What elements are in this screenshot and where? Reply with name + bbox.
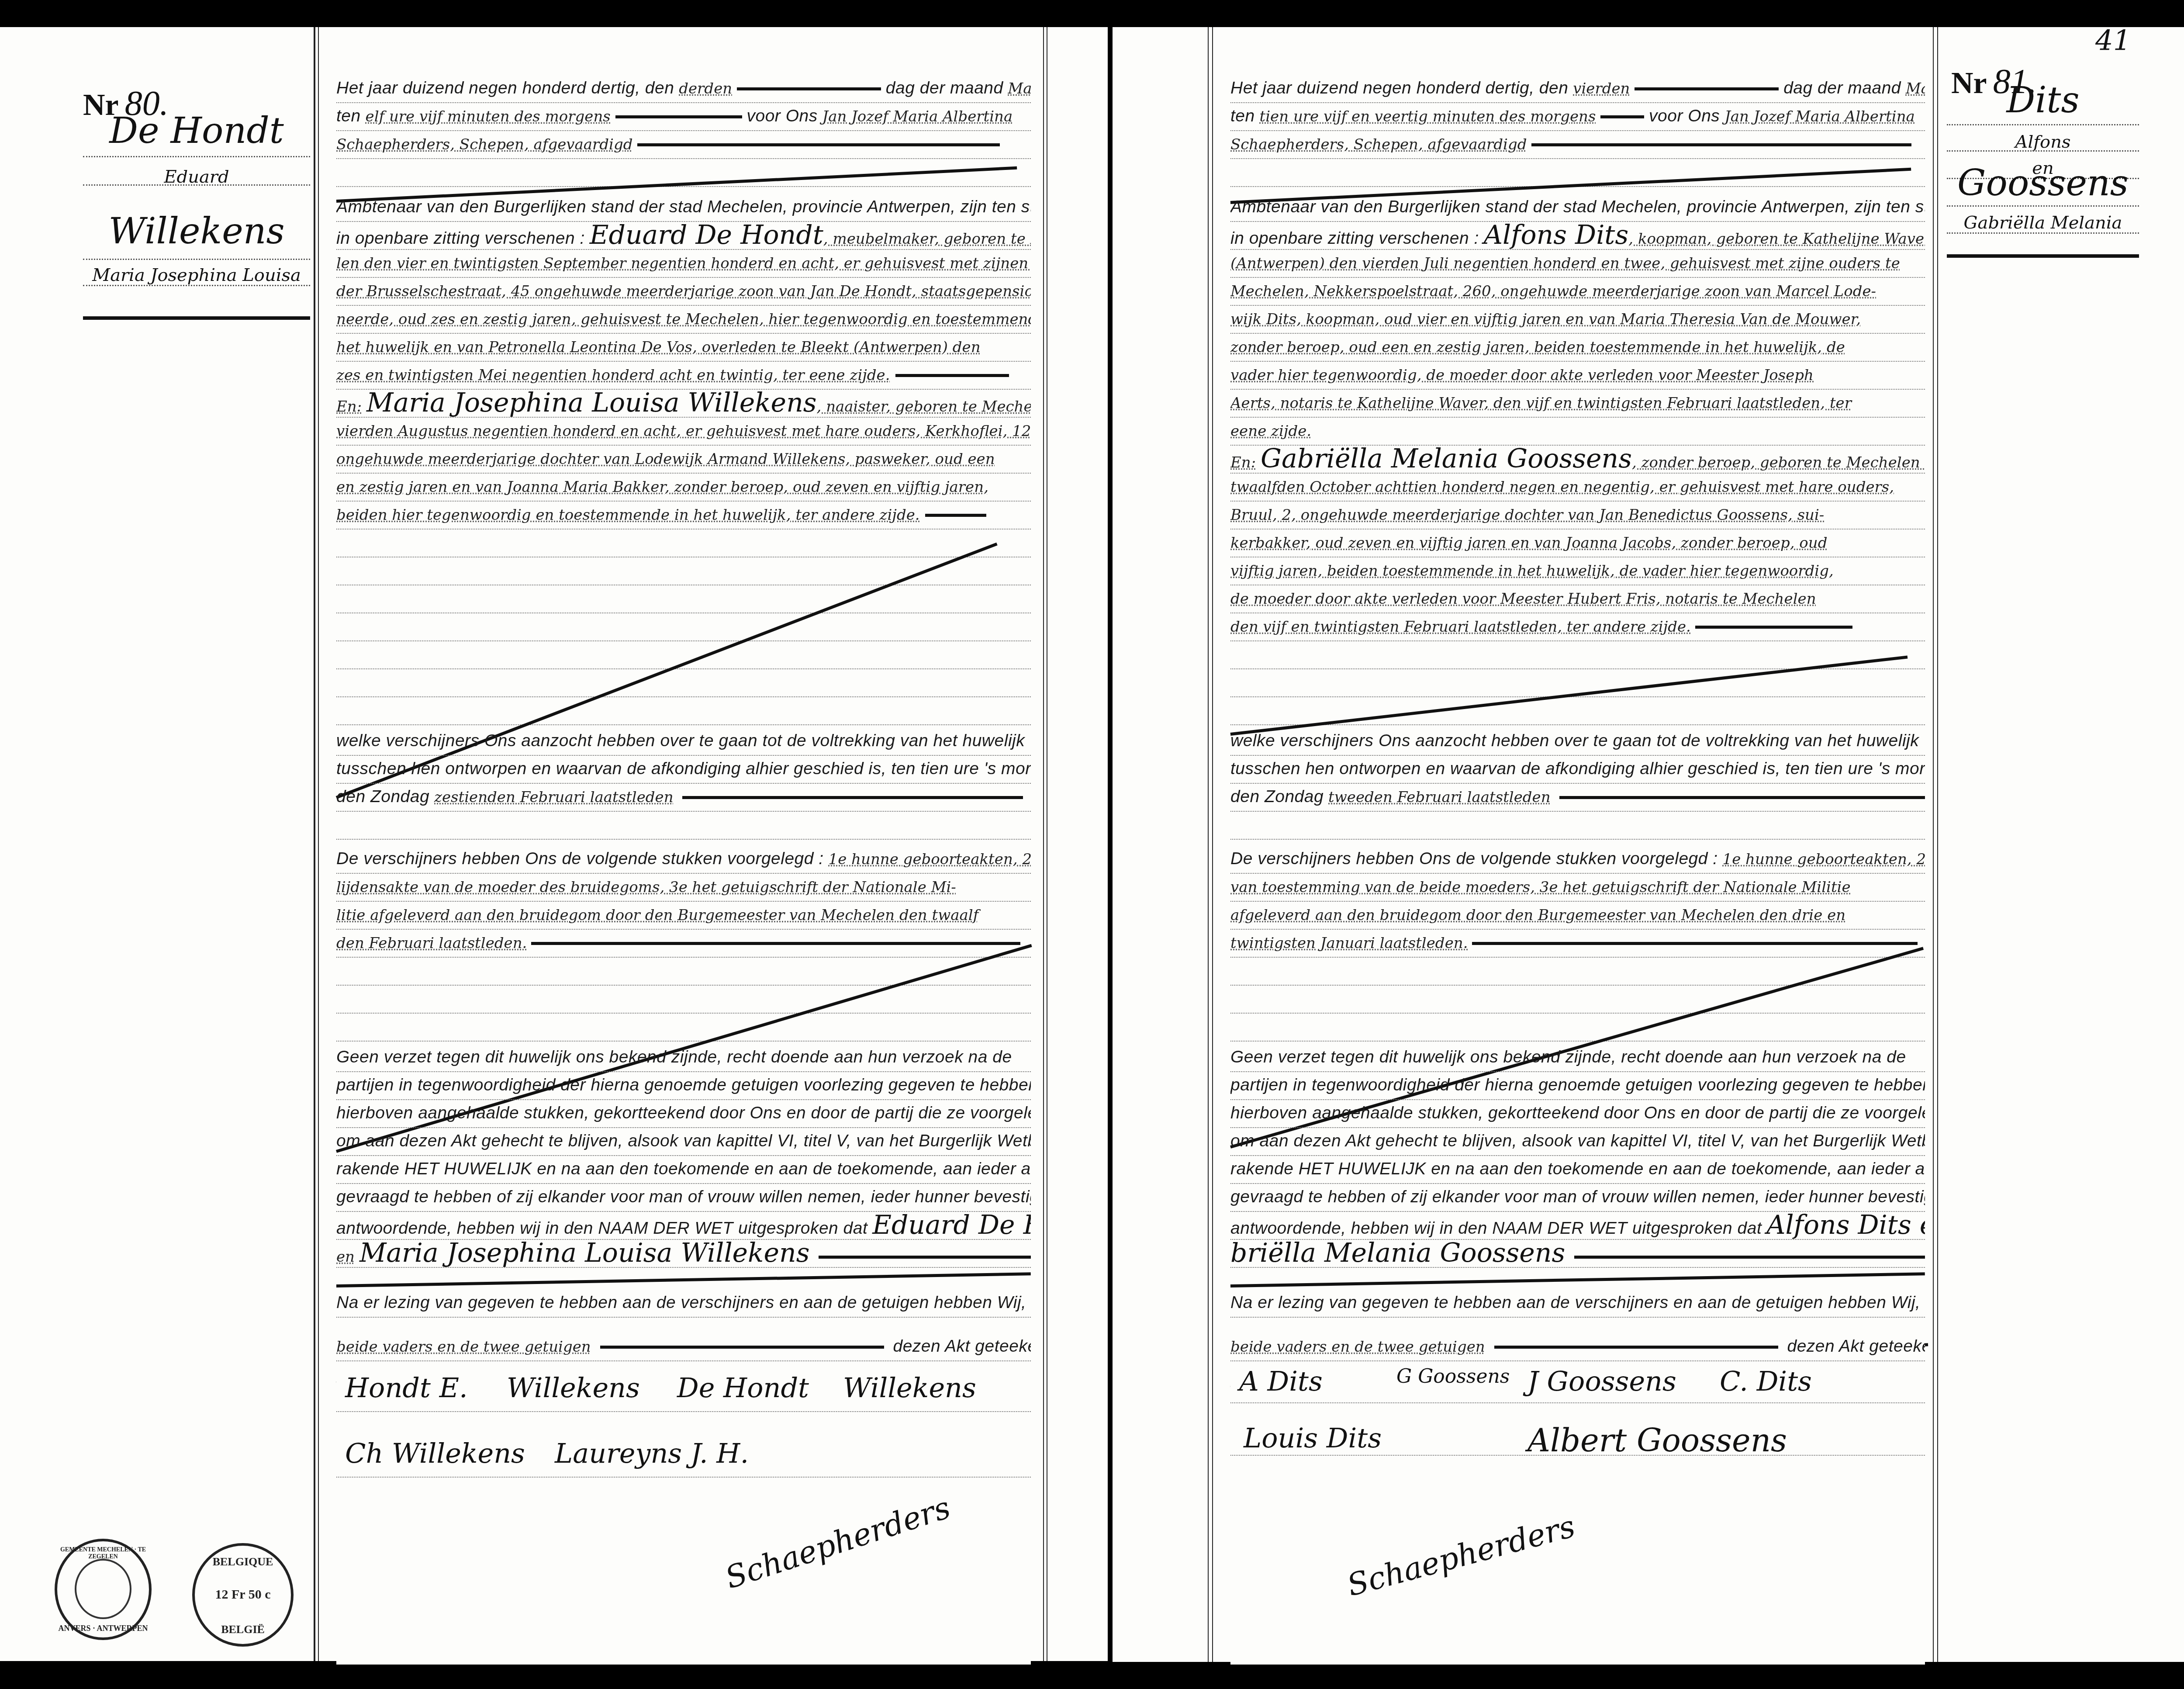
blank-line (1230, 957, 1925, 986)
publication-date: zestienden Februari laatstleden (434, 789, 674, 806)
handwritten-line: twaalfden October achttien honderd negen… (1230, 473, 1925, 502)
bride-name: Maria Josephina Louisa Willekens (366, 389, 817, 418)
declaration-bride-line: briëlla Melania Goossens (1230, 1239, 1925, 1268)
printed-text: Ambtenaar van den Burgerlijken stand der… (336, 197, 1031, 216)
declaration-line: gevraagd te hebben of zij elkander voor … (1230, 1183, 1925, 1212)
signature: De Hondt (677, 1372, 809, 1404)
margin-line (1947, 150, 2139, 152)
blank-line (336, 1013, 1031, 1042)
handwritten-line: den vijf en twintigsten Februari laatstl… (1230, 613, 1925, 641)
header-date-line: Het jaar duizend negen honderd dertig, d… (336, 74, 1031, 103)
handwritten-time: elf ure vijf minuten des morgens (366, 108, 611, 125)
signing-line: beide vaders en de twee getuigen dezen A… (1230, 1333, 1925, 1361)
blank-line (336, 613, 1031, 641)
handwritten-line: neerde, oud zes en zestig jaren, gehuisv… (336, 305, 1031, 334)
publication-line: tusschen hen ontworpen en waarvan de afk… (1230, 755, 1925, 784)
signature: C. Dits (1720, 1365, 1812, 1397)
printed-text: dag der maand (886, 79, 1003, 97)
margin-line (1947, 124, 2139, 125)
signature: Albert Goossens (1527, 1422, 1787, 1459)
signing-line: beide vaders en de twee getuigen dezen A… (336, 1333, 1031, 1361)
groom-surname: Dits (1947, 80, 2139, 121)
publication-line: welke verschijners Ons aanzocht hebben o… (1230, 727, 1925, 756)
header-official-line: Schaepherders, Schepen, afgevaardigd (1230, 130, 1925, 159)
declaration-line: om aan dezen Akt gehecht te blijven, als… (336, 1127, 1031, 1156)
handwritten-line: (Antwerpen) den vierden Juli negentien h… (1230, 249, 1925, 278)
handwritten-line: afgeleverd aan den bruidegom door den Bu… (1230, 901, 1925, 930)
signature: Willekens (843, 1372, 976, 1404)
declaration-bride-line: en Maria Josephina Louisa Willekens (336, 1239, 1031, 1268)
handwritten-line: wijk Dits, koopman, oud vier en vijftig … (1230, 305, 1925, 334)
handwritten-line: len den vier en twintigsten September ne… (336, 249, 1031, 278)
bride-prefix: En: (336, 398, 362, 415)
left-signing-overlay: Na er lezing van gegeven te hebben aan d… (336, 1271, 1031, 1665)
handwritten-line: beiden hier tegenwoordig en toestemmende… (336, 501, 1031, 530)
header-date-line: Het jaar duizend negen honderd dertig, d… (1230, 74, 1925, 103)
header-time-line: ten elf ure vijf minuten des morgens voo… (336, 102, 1031, 131)
blank-line (1230, 1013, 1925, 1042)
handwritten-line: zes en twintigsten Mei negentien honderd… (336, 361, 1031, 390)
blank-line (336, 985, 1031, 1014)
belgium-fiscal-stamp: BELGIQUE 12 Fr 50 c BELGIË (192, 1543, 294, 1647)
declaration-line: Geen verzet tegen dit huwelijk ons beken… (1230, 1043, 1925, 1072)
blank-line (336, 696, 1031, 725)
groom-name: Alfons Dits (1484, 221, 1629, 250)
strike-line (1230, 1272, 1925, 1288)
bride-line: En: Maria Josephina Louisa Willekens, na… (336, 389, 1031, 418)
handwritten-line: der Brusselschestraat, 45 ongehuwde meer… (336, 277, 1031, 306)
groom-name: Eduard De Hondt (872, 1211, 1031, 1240)
blank-line (336, 668, 1031, 697)
printed-text: in openbare zitting verschenen : (336, 229, 585, 248)
margin-line (1947, 205, 2139, 207)
handwritten-text: , meubelmaker, geboren te Meche- (823, 230, 1031, 248)
signature-line (1230, 1402, 1925, 1403)
margin-line (83, 184, 310, 186)
handwritten-month: Maart (1906, 80, 1925, 97)
signature-line (336, 1411, 1031, 1412)
header-time-line: ten tien ure vijf en veertig minuten des… (1230, 102, 1925, 131)
official-signature: Schaepherders (721, 1489, 954, 1596)
handwritten-line: vierden Augustus negentien honderd en ac… (336, 417, 1031, 446)
signing-line: Na er lezing van gegeven te hebben aan d… (1230, 1289, 1925, 1318)
signature: A Dits (1239, 1365, 1323, 1397)
signature-line (336, 1477, 1031, 1478)
declaration-line: partijen in tegenwoordigheid der hierna … (336, 1071, 1031, 1100)
blank-line (1230, 811, 1925, 840)
handwritten-day: derden (679, 80, 732, 97)
handwritten-line: den Februari laatstleden. (336, 929, 1031, 958)
right-signing-overlay: Na er lezing van gegeven te hebben aan d… (1230, 1271, 1925, 1665)
documents-line: De verschijners hebben Ons de volgende s… (1230, 845, 1925, 874)
publication-date-line: den Zondag tweeden Februari laatstleden (1230, 783, 1925, 812)
page-number: 41 (2095, 25, 2131, 57)
handwritten-line: het huwelijk en van Petronella Leontina … (336, 333, 1031, 362)
page-edge-rule (1043, 27, 1044, 1661)
handwritten-line: ongehuwde meerderjarige dochter van Lode… (336, 445, 1031, 474)
strike-line (336, 1272, 1031, 1288)
column-divider (314, 27, 315, 1661)
groom-name: Alfons Dits en Ga- (1766, 1211, 1925, 1240)
signature: J Goossens (1527, 1365, 1676, 1397)
bride-surname: Goossens (1947, 163, 2139, 204)
declaration-line: gevraagd te hebben of zij elkander voor … (336, 1183, 1031, 1212)
signature: G Goossens (1396, 1365, 1510, 1388)
handwritten-line: twintigsten Januari laatstleden. (1230, 929, 1925, 958)
declaration-names-line: antwoordende, hebben wij in den NAAM DER… (336, 1211, 1031, 1240)
blank-line (336, 529, 1031, 557)
signature: Louis Dits (1244, 1422, 1382, 1454)
handwritten-line: vijftig jaren, beiden toestemmende in he… (1230, 557, 1925, 585)
handwritten-line: van toestemming van de beide moeders, 3e… (1230, 873, 1925, 902)
handwritten-line: zonder beroep, oud een en zestig jaren, … (1230, 333, 1925, 362)
groom-surname: De Hondt (83, 110, 310, 152)
bride-name: Gabriëlla Melania Goossens (1261, 445, 1632, 474)
documents-line: De verschijners hebben Ons de volgende s… (336, 845, 1031, 874)
signature: Willekens (507, 1372, 640, 1404)
header-official-line: Schaepherders, Schepen, afgevaardigd (336, 130, 1031, 159)
bride-name: Maria Josephina Louisa Willekens (359, 1239, 810, 1268)
bride-surname: Willekens (83, 211, 310, 252)
margin-line (1947, 232, 2139, 234)
declaration-line: hierboven aangehaalde stukken, gekorttee… (336, 1099, 1031, 1128)
handwritten-official: Schaepherders, Schepen, afgevaardigd (336, 136, 633, 153)
handwritten-time: tien ure vijf en veertig minuten des mor… (1260, 108, 1596, 125)
declaration-line: om aan dezen Akt gehecht te blijven, als… (1230, 1127, 1925, 1156)
handwritten-line: Bruul, 2, ongehuwde meerderjarige dochte… (1230, 501, 1925, 530)
appearance-groom-line: in openbare zitting verschenen : Alfons … (1230, 221, 1925, 250)
handwritten-line: eene zijde. (1230, 417, 1925, 446)
signature: Ch Willekens (345, 1437, 525, 1469)
blank-line (336, 811, 1031, 840)
signature: Laureyns J. H. (555, 1437, 749, 1469)
declaration-line: rakende HET HUWELIJK en na aan den toeko… (1230, 1155, 1925, 1184)
declaration-names-line: antwoordende, hebben wij in den NAAM DER… (1230, 1211, 1925, 1240)
bride-line: En: Gabriëlla Melania Goossens, zonder b… (1230, 445, 1925, 474)
groom-name: Eduard De Hondt (590, 221, 823, 250)
signature: Hondt E. (345, 1372, 468, 1404)
printed-text: voor Ons (746, 107, 817, 125)
handwritten-official: Jan Jozef Maria Albertina (822, 108, 1013, 125)
declaration-line: hierboven aangehaalde stukken, gekorttee… (1230, 1099, 1925, 1128)
publication-line: tusschen hen ontworpen en waarvan de afk… (336, 755, 1031, 784)
column-divider (318, 27, 319, 1661)
handwritten-line: de moeder door akte verleden voor Meeste… (1230, 585, 1925, 613)
margin-end-rule (1947, 254, 2139, 258)
page-edge-rule (1212, 27, 1213, 1662)
handwritten-line: Mechelen, Nekkerspoelstraat, 260, ongehu… (1230, 277, 1925, 306)
column-divider (1933, 27, 1934, 1662)
declaration-line: partijen in tegenwoordigheid der hierna … (1230, 1071, 1925, 1100)
appearance-line: Ambtenaar van den Burgerlijken stand der… (336, 193, 1031, 222)
handwritten-line: en zestig jaren en van Joanna Maria Bakk… (336, 473, 1031, 502)
declaration-line: rakende HET HUWELIJK en na aan den toeko… (336, 1155, 1031, 1184)
signing-line: Na er lezing van gegeven te hebben aan d… (336, 1289, 1031, 1318)
printed-text: Het jaar duizend negen honderd dertig, d… (336, 79, 674, 97)
appearance-line: Ambtenaar van den Burgerlijken stand der… (1230, 193, 1925, 222)
page-edge-rule (1047, 27, 1047, 1661)
bride-given-names: Maria Josephina Louisa (83, 265, 310, 285)
bride-name: briëlla Melania Goossens (1230, 1239, 1565, 1268)
handwritten-line: litie afgeleverd aan den bruidegom door … (336, 901, 1031, 930)
declaration-line: Geen verzet tegen dit huwelijk ons beken… (336, 1043, 1031, 1072)
publication-date: tweeden Februari laatstleden (1328, 789, 1551, 806)
handwritten-line: lijdensakte van de moeder des bruidegoms… (336, 873, 1031, 902)
publication-date-line: den Zondag zestienden Februari laatstled… (336, 783, 1031, 812)
handwritten-line: Aerts, notaris te Kathelijne Waver, den … (1230, 389, 1925, 418)
page-edge-rule (1208, 27, 1209, 1662)
blank-line (336, 957, 1031, 986)
column-divider (1937, 27, 1938, 1662)
margin-line (83, 156, 310, 157)
bride-given-names: Gabriëlla Melania (1947, 213, 2139, 233)
margin-end-rule (83, 316, 310, 320)
handwritten-month: Maart (1008, 80, 1031, 97)
handwritten-day: vierden (1573, 80, 1630, 97)
printed-text: ten (336, 107, 361, 125)
official-signature: Schaepherders (1344, 1508, 1579, 1603)
handwritten-line: kerbakker, oud zeven en vijftig jaren en… (1230, 529, 1925, 557)
handwritten-line: vader hier tegenwoordig, de moeder door … (1230, 361, 1925, 390)
handwritten-official: Jan Jozef Maria Albertina (1724, 108, 1915, 125)
blank-line (336, 585, 1031, 613)
margin-line (83, 285, 310, 286)
appearance-groom-line: in openbare zitting verschenen : Eduard … (336, 221, 1031, 250)
municipal-stamp: GEMEENTE MECHELEN · TE ZEGELEN ANVERS · … (55, 1539, 152, 1640)
blank-line (1230, 985, 1925, 1014)
groom-given-name: Alfons (1947, 132, 2139, 152)
publication-line: welke verschijners Ons aanzocht hebben o… (336, 727, 1031, 756)
margin-line (83, 259, 310, 260)
